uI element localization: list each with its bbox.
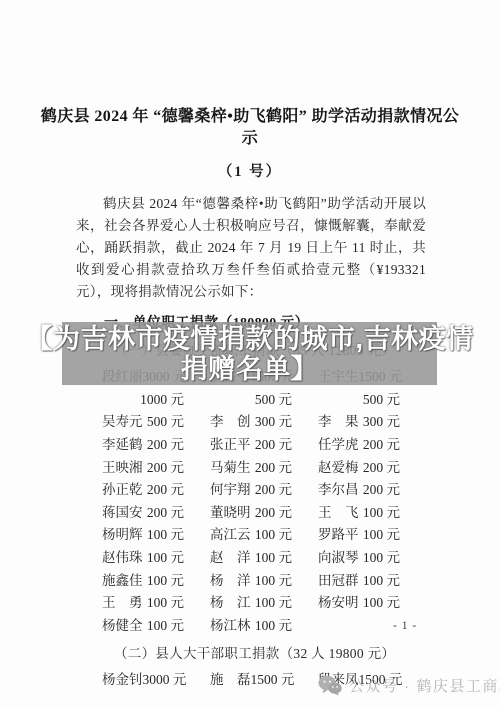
document-intro-paragraph: 鹤庆县 2024 年“德馨桑梓•助飞鹤阳”助学活动开展以来，社会各界爱心人士积极… — [76, 193, 426, 303]
donor-cell: 王映湘200 元 — [102, 456, 184, 476]
donor-row: 吴寿元500 元李 创300 元李 果300 元 — [102, 409, 500, 432]
donor-row: 施鑫佳100 元杨 洋100 元田冠群100 元 — [102, 567, 500, 590]
footer-brand: 公众号 · 鹤庆县工商联 — [318, 675, 500, 696]
donor-name: 施 磊 — [210, 668, 251, 688]
donor-row: 赵伟珠100 元赵 洋100 元向淑琴100 元 — [102, 545, 500, 568]
donor-cell: 张正平200 元 — [210, 433, 292, 453]
donor-name: 任学虎 — [318, 433, 359, 453]
donor-cell: 500 元 — [210, 388, 292, 408]
donor-amount: 1000 元 — [140, 388, 184, 408]
donor-cell: 杨明辉100 元 — [102, 523, 184, 543]
donor-row: 杨健全100 元杨江林100 元 — [102, 613, 500, 636]
donor-amount: 200 元 — [147, 501, 184, 521]
donor-cell: 何宇翔200 元 — [210, 478, 292, 498]
donor-amount: 500 元 — [255, 388, 292, 408]
donor-name: 董晓明 — [210, 501, 251, 521]
donor-name: 李 创 — [210, 410, 251, 430]
donor-amount: 100 元 — [147, 569, 184, 589]
donor-amount: 100 元 — [363, 546, 400, 566]
donor-name: 王 勇 — [102, 591, 143, 611]
donor-name: 杨健全 — [102, 614, 143, 634]
donor-cell: 田冠群100 元 — [318, 569, 400, 589]
donor-cell: 王 勇100 元 — [102, 591, 184, 611]
donor-cell: 李 果300 元 — [318, 410, 400, 430]
donor-name: 李 果 — [318, 410, 359, 430]
donor-name: 蒋国安 — [102, 501, 143, 521]
donor-name: 杨安明 — [318, 591, 359, 611]
donor-name: 田冠群 — [318, 569, 359, 589]
donor-amount: 100 元 — [255, 591, 292, 611]
donor-cell: 罗路平100 元 — [318, 523, 400, 543]
donor-name: 马菊生 — [210, 456, 251, 476]
donor-amount: 100 元 — [363, 591, 400, 611]
footer-account-label: 公众号 · 鹤庆县工商联 — [349, 675, 500, 696]
donor-amount: 500 元 — [363, 388, 400, 408]
donor-cell: 1000 元 — [102, 388, 184, 408]
donor-amount: 200 元 — [363, 433, 400, 453]
donor-name: 王 飞 — [318, 501, 359, 521]
donor-amount: 300 元 — [255, 410, 292, 430]
donor-amount: 100 元 — [363, 569, 400, 589]
donor-name: 罗路平 — [318, 523, 359, 543]
donor-name: 孙正乾 — [102, 478, 143, 498]
donor-amount: 200 元 — [255, 478, 292, 498]
donor-amount: 100 元 — [255, 614, 292, 634]
donor-amount: 200 元 — [363, 456, 400, 476]
donor-cell: 高江云100 元 — [210, 523, 292, 543]
donor-row: 孙正乾200 元何宇翔200 元李尔昌200 元 — [102, 477, 500, 500]
donor-amount: 200 元 — [147, 478, 184, 498]
donor-amount: 100 元 — [147, 591, 184, 611]
donor-cell: 王 飞100 元 — [318, 501, 400, 521]
donor-amount: 200 元 — [147, 433, 184, 453]
donation-list-1: 段红丽3000 元罗占宇1500 元王宇生1500 元1000 元500 元50… — [102, 364, 500, 635]
donor-amount: 100 元 — [147, 546, 184, 566]
donor-cell: 蒋国安200 元 — [102, 501, 184, 521]
donor-amount: 300 元 — [363, 410, 400, 430]
donor-cell: 马菊生200 元 — [210, 456, 292, 476]
wechat-icon — [318, 675, 342, 696]
document-title: 鹤庆县 2024 年 “德馨桑梓•助飞鹤阳” 助学活动捐款情况公示 — [0, 106, 500, 150]
donor-row: 王 勇100 元杨 江100 元杨安明100 元 — [102, 590, 500, 613]
donor-row: 李延鹤200 元张正平200 元任学虎200 元 — [102, 432, 500, 455]
donor-cell: 任学虎200 元 — [318, 433, 400, 453]
donor-cell: 李延鹤200 元 — [102, 433, 184, 453]
donor-amount: 100 元 — [363, 523, 400, 543]
donor-cell: 杨 洋100 元 — [210, 569, 292, 589]
donor-name: 李尔昌 — [318, 478, 359, 498]
document-page: 鹤庆县 2024 年 “德馨桑梓•助飞鹤阳” 助学活动捐款情况公示 （1 号） … — [0, 0, 500, 706]
donor-row: 蒋国安200 元董晓明200 元王 飞100 元 — [102, 500, 500, 523]
donor-amount: 500 元 — [147, 410, 184, 430]
donor-name: 杨 江 — [210, 591, 251, 611]
watermark-text-line-2: 捐赠名单】 — [181, 354, 319, 384]
donor-amount: 200 元 — [363, 478, 400, 498]
donor-amount: 200 元 — [255, 433, 292, 453]
donor-cell: 赵 洋100 元 — [210, 546, 292, 566]
donor-cell: 李尔昌200 元 — [318, 478, 400, 498]
donor-cell: 500 元 — [318, 388, 400, 408]
donor-amount: 100 元 — [255, 569, 292, 589]
donor-name: 杨 洋 — [210, 569, 251, 589]
donor-cell: 李 创300 元 — [210, 410, 292, 430]
donor-amount: 100 元 — [255, 523, 292, 543]
donor-row: 王映湘200 元马菊生200 元赵爱梅200 元 — [102, 454, 500, 477]
donor-row: 杨明辉100 元高江云100 元罗路平100 元 — [102, 522, 500, 545]
donor-name: 张正平 — [210, 433, 251, 453]
donor-amount: 100 元 — [147, 614, 184, 634]
donor-cell: 施鑫佳100 元 — [102, 569, 184, 589]
watermark-overlay: 【为吉林市疫情捐款的城市,吉林疫情 捐赠名单】 — [62, 322, 437, 385]
page-number: - 1 - — [393, 620, 417, 632]
donor-name: 向淑琴 — [318, 546, 359, 566]
donor-cell: 赵伟珠100 元 — [102, 546, 184, 566]
donor-amount: 100 元 — [147, 523, 184, 543]
donor-cell: 孙正乾200 元 — [102, 478, 184, 498]
donor-cell: 杨金钊3000 元 — [102, 668, 184, 688]
donor-name: 李延鹤 — [102, 433, 143, 453]
donor-name: 杨江林 — [210, 614, 251, 634]
donor-amount: 200 元 — [255, 501, 292, 521]
donor-cell: 施 磊1500 元 — [210, 668, 292, 688]
donor-cell: 吴寿元500 元 — [102, 410, 184, 430]
donor-amount: 200 元 — [255, 456, 292, 476]
donor-amount: 3000 元 — [143, 668, 187, 688]
donor-name: 杨金钊 — [102, 668, 143, 688]
document-issue-number: （1 号） — [0, 160, 500, 181]
donor-amount: 1500 元 — [251, 668, 295, 688]
donor-cell: 董晓明200 元 — [210, 501, 292, 521]
donor-name: 何宇翔 — [210, 478, 251, 498]
donor-amount: 200 元 — [147, 456, 184, 476]
subsection-2-heading: （二）县人大干部职工捐款（32 人 19800 元） — [114, 642, 426, 662]
donor-name: 赵 洋 — [210, 546, 251, 566]
donor-cell: 杨安明100 元 — [318, 591, 400, 611]
donor-name: 施鑫佳 — [102, 569, 143, 589]
donor-name: 赵爱梅 — [318, 456, 359, 476]
donor-amount: 100 元 — [255, 546, 292, 566]
donor-name: 赵伟珠 — [102, 546, 143, 566]
donor-row: 1000 元500 元500 元 — [102, 387, 500, 410]
donor-name: 吴寿元 — [102, 410, 143, 430]
donor-cell: 杨健全100 元 — [102, 614, 184, 634]
donor-name: 王映湘 — [102, 456, 143, 476]
donor-cell: 杨 江100 元 — [210, 591, 292, 611]
donor-cell: 赵爱梅200 元 — [318, 456, 400, 476]
donor-cell: 杨江林100 元 — [210, 614, 292, 634]
watermark-text-line-1: 【为吉林市疫情捐款的城市,吉林疫情 — [26, 324, 474, 354]
donor-amount: 100 元 — [363, 501, 400, 521]
donor-name: 高江云 — [210, 523, 251, 543]
donor-cell: 向淑琴100 元 — [318, 546, 400, 566]
donor-name: 杨明辉 — [102, 523, 143, 543]
